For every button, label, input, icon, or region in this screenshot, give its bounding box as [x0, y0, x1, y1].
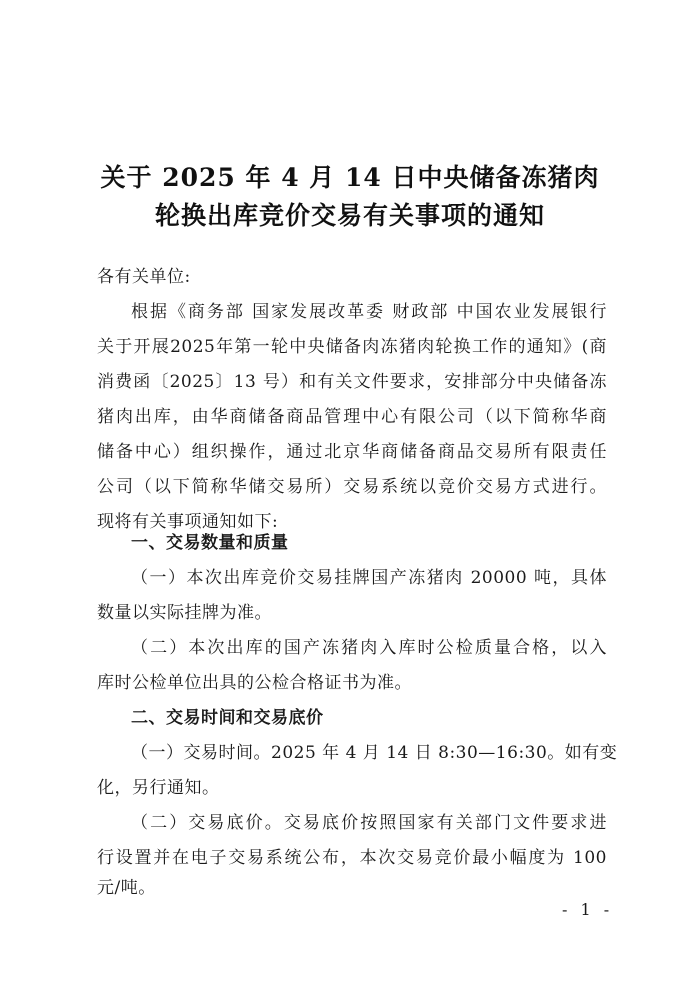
paragraph-line: （二）交易底价。交易底价按照国家有关部门文件要求进 — [131, 808, 607, 833]
intro-line: 消费函〔2025〕13 号）和有关文件要求，安排部分中央储备冻 — [97, 367, 607, 392]
paragraph-line: 行设置并在电子交易系统公布，本次交易竞价最小幅度为 100 — [97, 843, 607, 868]
intro-line: 猪肉出库，由华商储备商品管理中心有限公司（以下简称华商 — [97, 402, 607, 427]
section-1-heading: 一、交易数量和质量 — [131, 528, 607, 553]
paragraph-line: 库时公检单位出具的公检合格证书为准。 — [97, 668, 607, 693]
paragraph-line: 化，另行通知。 — [97, 773, 607, 798]
intro-line: 储备中心）组织操作，通过北京华商储备商品交易所有限责任 — [97, 437, 607, 462]
paragraph-line: （一）本次出库竞价交易挂牌国产冻猪肉 20000 吨，具体 — [131, 563, 607, 588]
intro-line: 公司（以下简称华储交易所）交易系统以竞价交易方式进行。 — [97, 472, 607, 497]
paragraph-line: 元/吨。 — [97, 873, 607, 898]
paragraph-line: 数量以实际挂牌为准。 — [97, 598, 607, 623]
paragraph-line: （一）交易时间。2025 年 4 月 14 日 8:30—16:30。如有变 — [131, 738, 607, 763]
salutation: 各有关单位: — [97, 262, 607, 287]
intro-line: 根据《商务部 国家发展改革委 财政部 中国农业发展银行 — [131, 297, 607, 322]
intro-line: 关于开展2025年第一轮中央储备肉冻猪肉轮换工作的通知》(商 — [97, 332, 607, 357]
document-title-line-2: 轮换出库竞价交易有关事项的通知 — [0, 196, 700, 232]
document-title-line-1: 关于 2025 年 4 月 14 日中央储备冻猪肉 — [0, 158, 700, 194]
paragraph-line: （二）本次出库的国产冻猪肉入库时公检质量合格，以入 — [131, 633, 607, 658]
page-number: - 1 - — [562, 900, 613, 919]
section-2-heading: 二、交易时间和交易底价 — [131, 703, 607, 728]
